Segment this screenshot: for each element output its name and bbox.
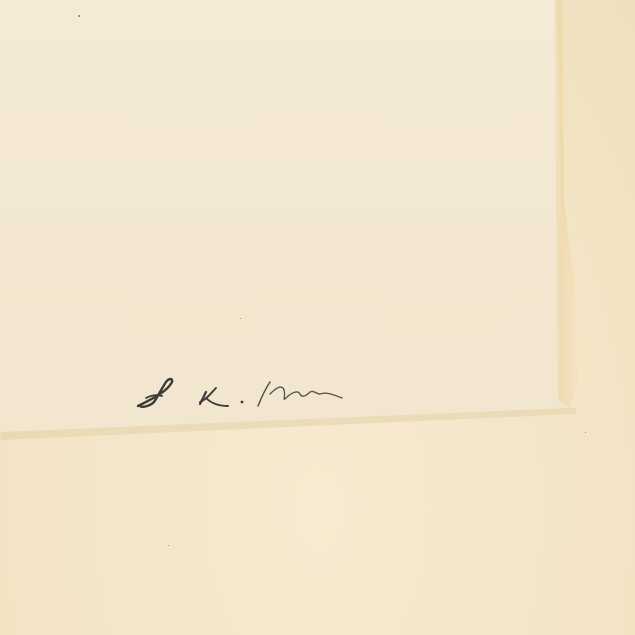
paper-speck <box>585 432 586 433</box>
pencil-signature: S. K. Hen <box>136 372 376 422</box>
paper-speck <box>168 545 169 546</box>
paper-speck <box>78 15 80 17</box>
paper-speck <box>240 318 241 319</box>
photo-scene: S. K. Hen <box>0 0 635 635</box>
